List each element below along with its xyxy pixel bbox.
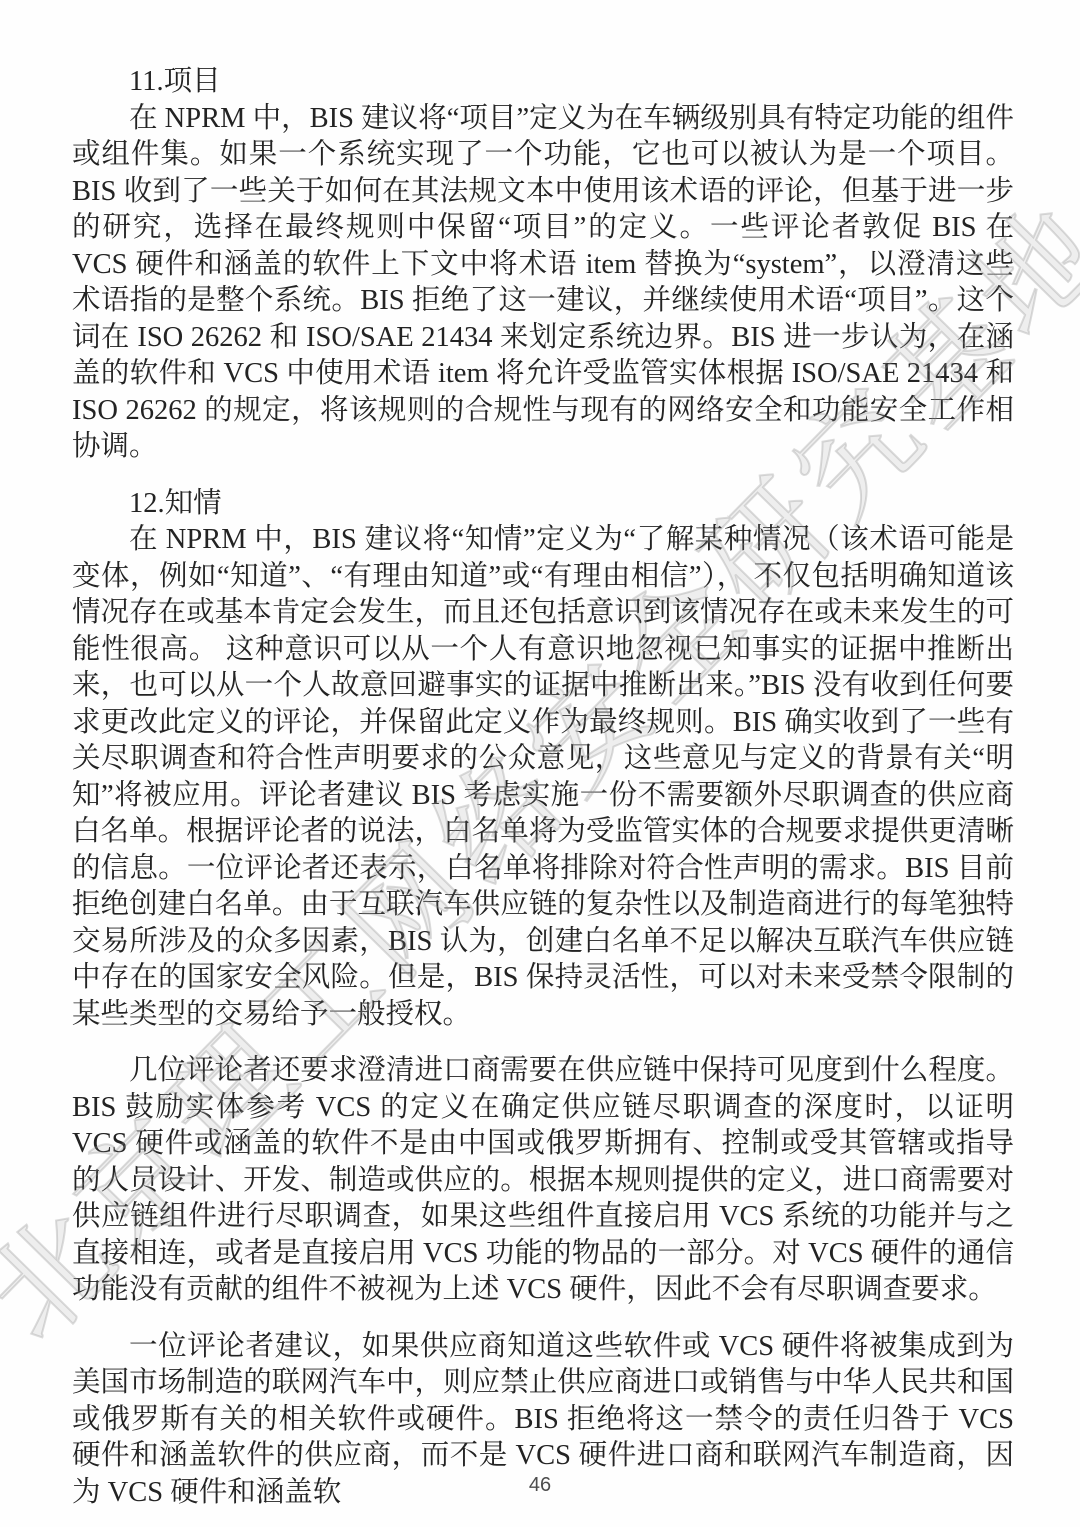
- section-heading-11-item: 11.项目: [72, 64, 1014, 101]
- document-content: 11.项目 在 NPRM 中，BIS 建议将“项目”定义为在车辆级别具有特定功能…: [0, 0, 1080, 1527]
- page-footer: 46: [0, 1474, 1080, 1497]
- paragraph-supply-chain-visibility: 几位评论者还要求澄清进口商需要在供应链中保持可见度到什么程度。BIS 鼓励实体参…: [72, 1053, 1014, 1309]
- section-heading-12-knowingly: 12.知情: [72, 486, 1014, 523]
- page-number: 46: [529, 1474, 551, 1496]
- document-page: 北京理工网络安全研究基地 11.项目 在 NPRM 中，BIS 建议将“项目”定…: [0, 0, 1080, 1527]
- paragraph-item-definition: 在 NPRM 中，BIS 建议将“项目”定义为在车辆级别具有特定功能的组件或组件…: [72, 101, 1014, 466]
- paragraph-knowingly-definition: 在 NPRM 中，BIS 建议将“知情”定义为“了解某种情况（该术语可能是变体，…: [72, 522, 1014, 1033]
